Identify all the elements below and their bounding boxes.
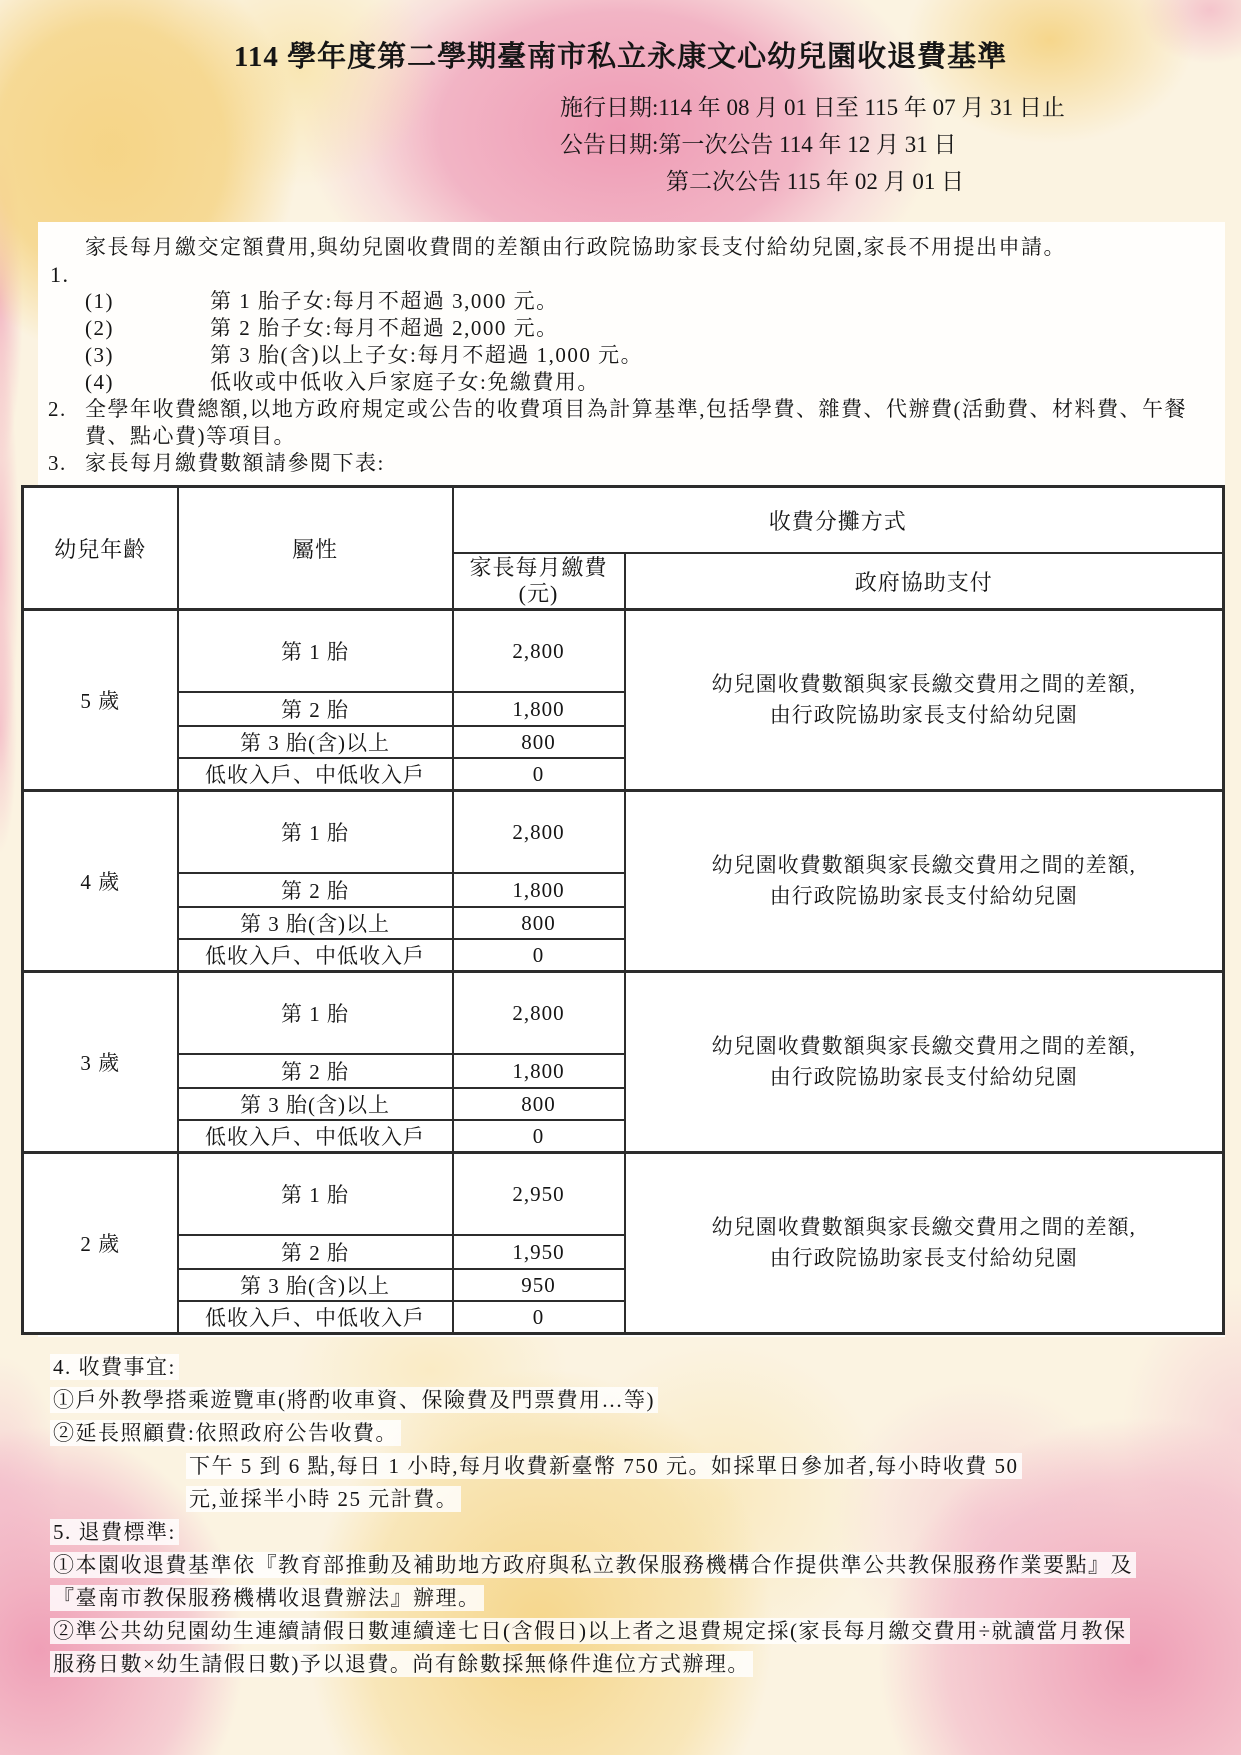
intro-section: 家長每月繳交定額費用,與幼兒園收費間的差額由行政院協助家長支付給幼兒園,家長不用… [38,232,1225,477]
header-parent-fee: 家長每月繳費 (元) [453,553,625,610]
list-item-2: 2.全學年收費總額,以地方政府規定或公告的收費項目為計算基準,包括學費、雜費、代… [38,396,1225,450]
fee-cell: 800 [453,726,625,758]
age-cell: 4 歲 [23,791,178,972]
gov-support-line2: 由行政院協助家長支付給幼兒園 [626,1062,1223,1093]
header-share-method: 收費分攤方式 [453,487,1224,554]
announcement-date-line-1: 公告日期:第一次公告 114 年 12 月 31 日 [560,126,1241,163]
list-item-number: (1) [85,288,210,315]
fee-cell: 1,800 [453,692,625,726]
footer-notes: 4. 收費事宜: ①戶外教學搭乘遊覽車(將酌收車資、保險費及門票費用…等) ②延… [50,1351,1221,1681]
attribute-cell: 低收入戶、中低收入戶 [178,1120,453,1153]
fee-cell: 2,800 [453,610,625,693]
list-number-1: 1. [38,261,1225,288]
effective-date-line: 施行日期:114 年 08 月 01 日至 115 年 07 月 31 日止 [560,89,1241,126]
note-5-1-line1: ①本園收退費基準依『教育部推動及補助地方政府與私立教保服務機構合作提供準公共教保… [50,1549,1221,1582]
attribute-cell: 低收入戶、中低收入戶 [178,1301,453,1334]
attribute-cell: 第 2 胎 [178,1235,453,1269]
attribute-cell: 第 3 胎(含)以上 [178,1088,453,1120]
gov-support-line1: 幼兒園收費數額與家長繳交費用之間的差額, [626,1031,1223,1062]
age-cell: 3 歲 [23,972,178,1153]
list-item-text: 第 2 胎子女:每月不超過 2,000 元。 [210,316,559,340]
note-5-title: 5. 退費標準: [50,1516,1221,1549]
list-item-text: 全學年收費總額,以地方政府規定或公告的收費項目為計算基準,包括學費、雜費、代辦費… [85,397,1187,448]
list-item-text: 第 1 胎子女:每月不超過 3,000 元。 [210,289,559,313]
announcement-date-line-2: 第二次公告 115 年 02 月 01 日 [560,163,1241,200]
header-parent-fee-line2: (元) [454,581,624,607]
list-item-3: 3.家長每月繳費數額請參閱下表: [38,450,1225,477]
fee-table: 幼兒年齡 屬性 收費分攤方式 家長每月繳費 (元) 政府協助支付 5 歲 第 1… [21,485,1225,1335]
age-cell: 2 歲 [23,1153,178,1334]
attribute-cell: 第 3 胎(含)以上 [178,907,453,939]
list-item-number: (4) [85,369,210,396]
fee-cell: 2,950 [453,1153,625,1236]
fee-cell: 2,800 [453,972,625,1055]
header-gov-support: 政府協助支付 [625,553,1224,610]
fee-cell: 2,800 [453,791,625,874]
fee-cell: 1,800 [453,873,625,907]
fee-cell: 0 [453,758,625,791]
list-item-number: (2) [85,315,210,342]
gov-support-cell: 幼兒園收費數額與家長繳交費用之間的差額, 由行政院協助家長支付給幼兒園 [625,610,1224,791]
content-box: 家長每月繳交定額費用,與幼兒園收費間的差額由行政院協助家長支付給幼兒園,家長不用… [38,222,1225,1337]
header-parent-fee-line1: 家長每月繳費 [454,555,624,581]
list-item-number: 3. [48,450,67,477]
gov-support-line1: 幼兒園收費數額與家長繳交費用之間的差額, [626,850,1223,881]
document-page: 114 學年度第二學期臺南市私立永康文心幼兒園收退費基準 施行日期:114 年 … [0,0,1241,1755]
fee-cell: 950 [453,1269,625,1301]
note-4-1: ①戶外教學搭乘遊覽車(將酌收車資、保險費及門票費用…等) [50,1384,1221,1417]
note-5-1-line2: 『臺南市教保服務機構收退費辦法』辦理。 [50,1582,1221,1615]
gov-support-cell: 幼兒園收費數額與家長繳交費用之間的差額, 由行政院協助家長支付給幼兒園 [625,791,1224,972]
intro-paragraph: 家長每月繳交定額費用,與幼兒園收費間的差額由行政院協助家長支付給幼兒園,家長不用… [38,232,1225,261]
attribute-cell: 第 1 胎 [178,1153,453,1236]
fee-cell: 800 [453,1088,625,1120]
attribute-cell: 第 2 胎 [178,1054,453,1088]
fee-cell: 1,800 [453,1054,625,1088]
attribute-cell: 低收入戶、中低收入戶 [178,939,453,972]
list-item-text: 第 3 胎(含)以上子女:每月不超過 1,000 元。 [210,343,643,367]
note-4-2-detail-line2: 元,並採半小時 25 元計費。 [50,1483,1221,1516]
note-4-2-detail-line1: 下午 5 到 6 點,每日 1 小時,每月收費新臺幣 750 元。如採單日參加者… [50,1450,1221,1483]
attribute-cell: 第 2 胎 [178,692,453,726]
list-item: (3)第 3 胎(含)以上子女:每月不超過 1,000 元。 [38,342,1225,369]
note-4-2: ②延長照顧費:依照政府公告收費。 [50,1417,1221,1450]
table-row: 5 歲 第 1 胎 2,800 幼兒園收費數額與家長繳交費用之間的差額, 由行政… [23,610,1224,693]
gov-support-line2: 由行政院協助家長支付給幼兒園 [626,700,1223,731]
note-4-title: 4. 收費事宜: [50,1351,1221,1384]
gov-support-line2: 由行政院協助家長支付給幼兒園 [626,1243,1223,1274]
gov-support-line1: 幼兒園收費數額與家長繳交費用之間的差額, [626,1212,1223,1243]
fee-cell: 800 [453,907,625,939]
attribute-cell: 第 1 胎 [178,610,453,693]
gov-support-cell: 幼兒園收費數額與家長繳交費用之間的差額, 由行政院協助家長支付給幼兒園 [625,972,1224,1153]
list-item-text: 家長每月繳費數額請參閱下表: [85,451,385,475]
list-item: (1)第 1 胎子女:每月不超過 3,000 元。 [38,288,1225,315]
attribute-cell: 第 3 胎(含)以上 [178,1269,453,1301]
attribute-cell: 第 1 胎 [178,972,453,1055]
list-item: (2)第 2 胎子女:每月不超過 2,000 元。 [38,315,1225,342]
fee-cell: 0 [453,1120,625,1153]
table-row: 2 歲 第 1 胎 2,950 幼兒園收費數額與家長繳交費用之間的差額, 由行政… [23,1153,1224,1236]
gov-support-line2: 由行政院協助家長支付給幼兒園 [626,881,1223,912]
fee-cell: 0 [453,1301,625,1334]
note-5-2-line2: 服務日數×幼生請假日數)予以退費。尚有餘數採無條件進位方式辦理。 [50,1648,1221,1681]
attribute-cell: 低收入戶、中低收入戶 [178,758,453,791]
gov-support-cell: 幼兒園收費數額與家長繳交費用之間的差額, 由行政院協助家長支付給幼兒園 [625,1153,1224,1334]
fee-cell: 1,950 [453,1235,625,1269]
attribute-cell: 第 2 胎 [178,873,453,907]
note-5-2-line1: ②準公共幼兒園幼生連續請假日數連續達七日(含假日)以上者之退費規定採(家長每月繳… [50,1615,1221,1648]
list-item-number: (3) [85,342,210,369]
header-attribute: 屬性 [178,487,453,610]
attribute-cell: 第 1 胎 [178,791,453,874]
list-item-text: 低收或中低收入戶家庭子女:免繳費用。 [210,370,600,394]
header-child-age: 幼兒年齡 [23,487,178,610]
date-block: 施行日期:114 年 08 月 01 日至 115 年 07 月 31 日止 公… [560,89,1241,200]
list-item: (4)低收或中低收入戶家庭子女:免繳費用。 [38,369,1225,396]
fee-cell: 0 [453,939,625,972]
page-title: 114 學年度第二學期臺南市私立永康文心幼兒園收退費基準 [0,0,1241,75]
age-cell: 5 歲 [23,610,178,791]
table-row: 4 歲 第 1 胎 2,800 幼兒園收費數額與家長繳交費用之間的差額, 由行政… [23,791,1224,874]
gov-support-line1: 幼兒園收費數額與家長繳交費用之間的差額, [626,669,1223,700]
table-row: 3 歲 第 1 胎 2,800 幼兒園收費數額與家長繳交費用之間的差額, 由行政… [23,972,1224,1055]
attribute-cell: 第 3 胎(含)以上 [178,726,453,758]
list-item-number: 2. [48,396,67,423]
